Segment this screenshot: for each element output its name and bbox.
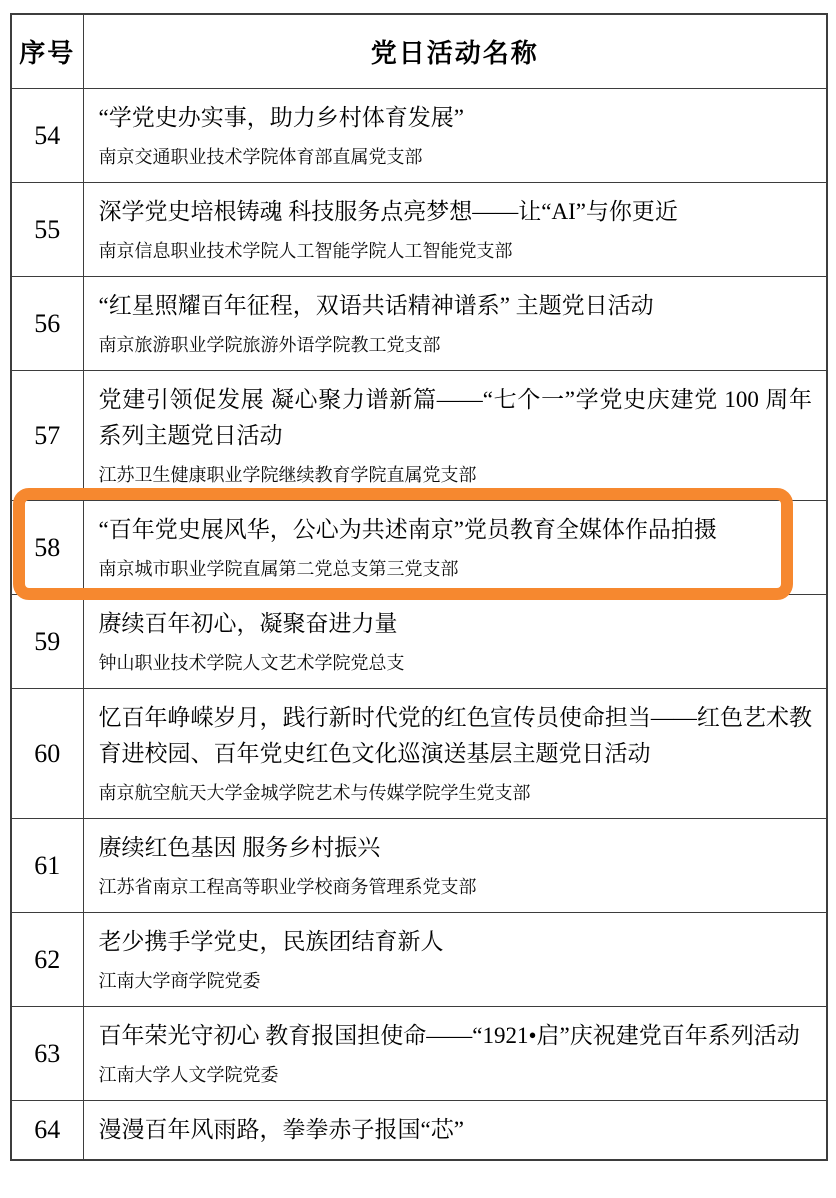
activity-title: 百年荣光守初心 教育报国担使命——“1921•启”庆祝建党百年系列活动 (99, 1018, 813, 1054)
activity-title: 党建引领促发展 凝心聚力谱新篇——“七个一”学党史庆建党 100 周年系列主题党… (99, 382, 813, 454)
table-row: 59赓续百年初心，凝聚奋进力量钟山职业技术学院人文艺术学院党总支 (11, 595, 827, 689)
activities-table-body: 54“学党史办实事，助力乡村体育发展”南京交通职业技术学院体育部直属党支部55深… (11, 89, 827, 1161)
activity-org: 南京交通职业技术学院体育部直属党支部 (99, 143, 813, 171)
header-row: 序号 党日活动名称 (11, 14, 827, 89)
activity-title: “红星照耀百年征程，双语共话精神谱系” 主题党日活动 (99, 288, 813, 324)
row-content: “学党史办实事，助力乡村体育发展”南京交通职业技术学院体育部直属党支部 (83, 89, 827, 183)
row-number: 58 (11, 501, 83, 595)
row-content: 老少携手学党史，民族团结育新人江南大学商学院党委 (83, 913, 827, 1007)
activity-title: 深学党史培根铸魂 科技服务点亮梦想——让“AI”与你更近 (99, 194, 813, 230)
table-row: 60忆百年峥嵘岁月，践行新时代党的红色宣传员使命担当——红色艺术教育进校园、百年… (11, 689, 827, 819)
table-row: 61赓续红色基因 服务乡村振兴江苏省南京工程高等职业学校商务管理系党支部 (11, 819, 827, 913)
row-content: 漫漫百年风雨路，拳拳赤子报国“芯” (83, 1101, 827, 1161)
table-row: 56“红星照耀百年征程，双语共话精神谱系” 主题党日活动南京旅游职业学院旅游外语… (11, 277, 827, 371)
activity-org: 钟山职业技术学院人文艺术学院党总支 (99, 649, 813, 677)
activity-title: 赓续百年初心，凝聚奋进力量 (99, 606, 813, 642)
activity-org: 江苏卫生健康职业学院继续教育学院直属党支部 (99, 461, 813, 489)
table-row: 63百年荣光守初心 教育报国担使命——“1921•启”庆祝建党百年系列活动江南大… (11, 1007, 827, 1101)
activity-org: 江南大学人文学院党委 (99, 1061, 813, 1089)
row-number: 55 (11, 183, 83, 277)
activity-title: 赓续红色基因 服务乡村振兴 (99, 830, 813, 866)
table-row: 58“百年党史展风华，公心为共述南京”党员教育全媒体作品拍摄南京城市职业学院直属… (11, 501, 827, 595)
activity-org: 南京信息职业技术学院人工智能学院人工智能党支部 (99, 237, 813, 265)
activity-org: 江苏省南京工程高等职业学校商务管理系党支部 (99, 873, 813, 901)
row-content: 党建引领促发展 凝心聚力谱新篇——“七个一”学党史庆建党 100 周年系列主题党… (83, 371, 827, 501)
row-content: 赓续红色基因 服务乡村振兴江苏省南京工程高等职业学校商务管理系党支部 (83, 819, 827, 913)
activity-org: 南京城市职业学院直属第二党总支第三党支部 (99, 555, 813, 583)
table-row: 55深学党史培根铸魂 科技服务点亮梦想——让“AI”与你更近南京信息职业技术学院… (11, 183, 827, 277)
row-content: 深学党史培根铸魂 科技服务点亮梦想——让“AI”与你更近南京信息职业技术学院人工… (83, 183, 827, 277)
row-content: 赓续百年初心，凝聚奋进力量钟山职业技术学院人文艺术学院党总支 (83, 595, 827, 689)
table-row: 54“学党史办实事，助力乡村体育发展”南京交通职业技术学院体育部直属党支部 (11, 89, 827, 183)
row-number: 56 (11, 277, 83, 371)
activity-title: “百年党史展风华，公心为共述南京”党员教育全媒体作品拍摄 (99, 512, 813, 548)
activity-org: 南京航空航天大学金城学院艺术与传媒学院学生党支部 (99, 779, 813, 807)
table-row: 62老少携手学党史，民族团结育新人江南大学商学院党委 (11, 913, 827, 1007)
page: 序号 党日活动名称 54“学党史办实事，助力乡村体育发展”南京交通职业技术学院体… (0, 0, 836, 1198)
row-content: “百年党史展风华，公心为共述南京”党员教育全媒体作品拍摄南京城市职业学院直属第二… (83, 501, 827, 595)
row-content: 百年荣光守初心 教育报国担使命——“1921•启”庆祝建党百年系列活动江南大学人… (83, 1007, 827, 1101)
column-header-activity-name: 党日活动名称 (83, 14, 827, 89)
row-content: 忆百年峥嵘岁月，践行新时代党的红色宣传员使命担当——红色艺术教育进校园、百年党史… (83, 689, 827, 819)
row-number: 64 (11, 1101, 83, 1161)
activity-org: 江南大学商学院党委 (99, 967, 813, 995)
row-number: 59 (11, 595, 83, 689)
row-number: 61 (11, 819, 83, 913)
row-number: 54 (11, 89, 83, 183)
activity-title: 忆百年峥嵘岁月，践行新时代党的红色宣传员使命担当——红色艺术教育进校园、百年党史… (99, 700, 813, 772)
activities-table: 序号 党日活动名称 54“学党史办实事，助力乡村体育发展”南京交通职业技术学院体… (10, 13, 828, 1161)
row-number: 63 (11, 1007, 83, 1101)
table-row: 64漫漫百年风雨路，拳拳赤子报国“芯” (11, 1101, 827, 1161)
row-content: “红星照耀百年征程，双语共话精神谱系” 主题党日活动南京旅游职业学院旅游外语学院… (83, 277, 827, 371)
activity-title: 漫漫百年风雨路，拳拳赤子报国“芯” (99, 1112, 813, 1148)
activity-org: 南京旅游职业学院旅游外语学院教工党支部 (99, 331, 813, 359)
column-header-index: 序号 (11, 14, 83, 89)
table-row: 57党建引领促发展 凝心聚力谱新篇——“七个一”学党史庆建党 100 周年系列主… (11, 371, 827, 501)
row-number: 62 (11, 913, 83, 1007)
row-number: 57 (11, 371, 83, 501)
row-number: 60 (11, 689, 83, 819)
activity-title: “学党史办实事，助力乡村体育发展” (99, 100, 813, 136)
activity-title: 老少携手学党史，民族团结育新人 (99, 924, 813, 960)
